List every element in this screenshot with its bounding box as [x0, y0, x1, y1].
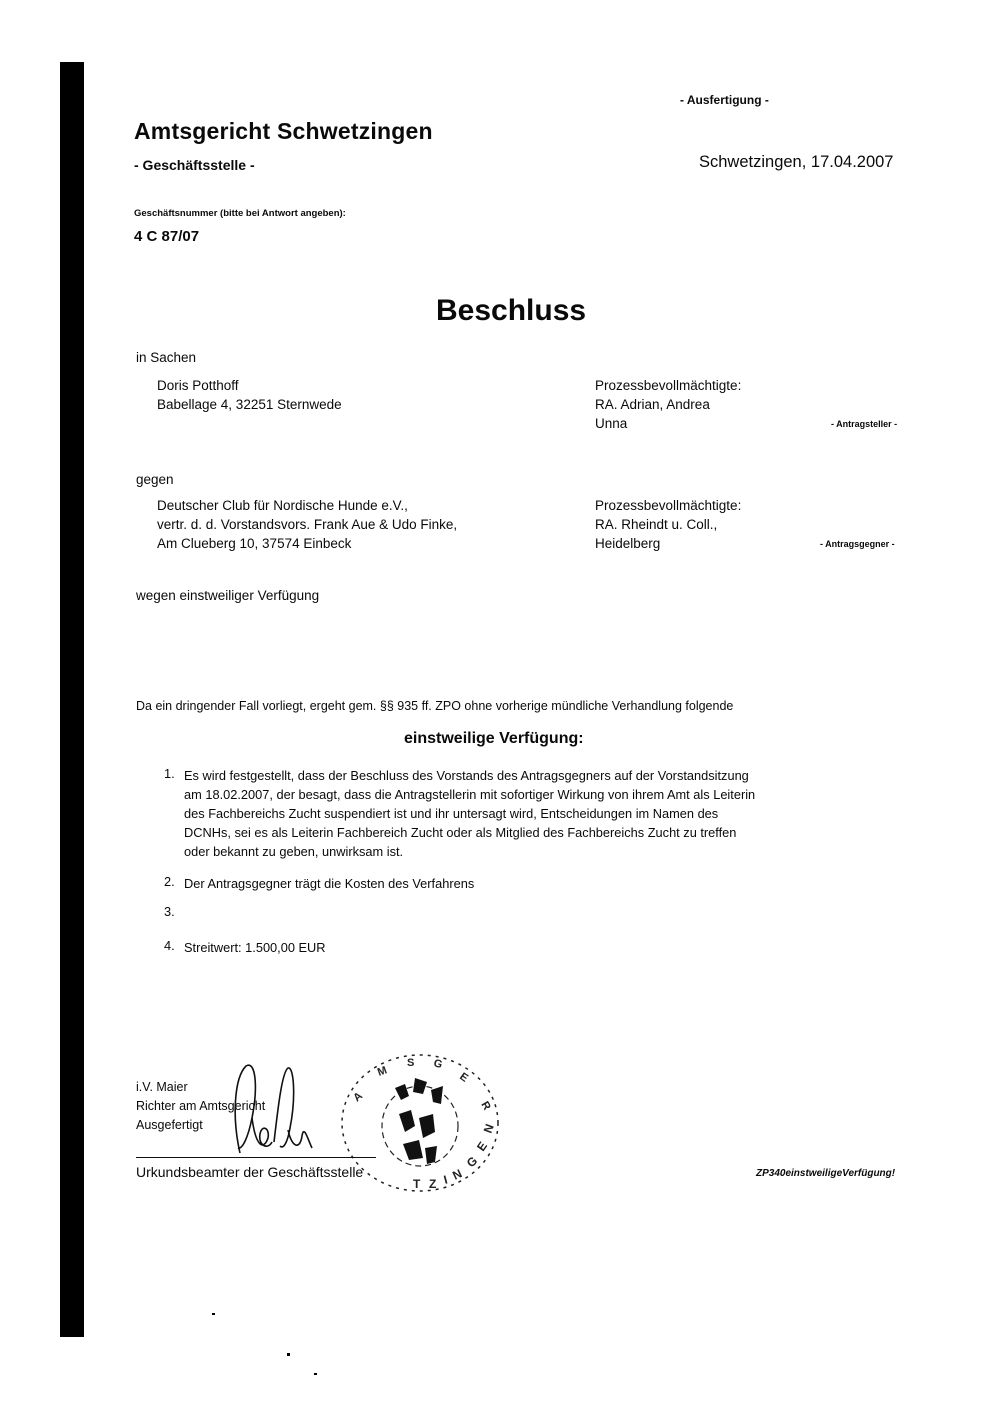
svg-text:M: M	[376, 1064, 389, 1078]
respondent-counsel-name: RA. Rheindt u. Coll.,	[595, 515, 741, 534]
applicant-counsel-city: Unna	[595, 414, 741, 433]
svg-text:S: S	[407, 1057, 414, 1069]
copy-mark: - Ausfertigung -	[680, 93, 769, 107]
case-subject: wegen einstweiliger Verfügung	[136, 588, 319, 603]
order-item-line: Es wird festgestellt, dass der Beschluss…	[184, 766, 755, 785]
svg-text:E: E	[474, 1139, 490, 1154]
order-item-number: 4.	[164, 938, 184, 957]
svg-text:R: R	[478, 1100, 492, 1113]
reference-label: Geschäftsnummer (bitte bei Antwort angeb…	[134, 208, 346, 219]
applicant-role: - Antragsteller -	[831, 419, 897, 429]
order-item-number: 3.	[164, 904, 184, 919]
applicant-block: Doris Potthoff Babellage 4, 32251 Sternw…	[157, 376, 342, 414]
order-item-line: Der Antragsgegner trägt die Kosten des V…	[184, 874, 474, 893]
respondent-name: Deutscher Club für Nordische Hunde e.V.,	[157, 496, 457, 515]
respondent-counsel-label: Prozessbevollmächtigte:	[595, 496, 741, 515]
svg-text:A: A	[351, 1090, 365, 1104]
svg-text:T: T	[413, 1177, 421, 1191]
document-title: Beschluss	[436, 294, 586, 328]
order-item: 2. Der Antragsgegner trägt die Kosten de…	[164, 874, 474, 893]
signature-line	[136, 1157, 376, 1158]
svg-text:N: N	[481, 1122, 497, 1135]
scan-speck	[212, 1313, 215, 1315]
respondent-representative: vertr. d. d. Vorstandsvors. Frank Aue & …	[157, 515, 457, 534]
place-date: Schwetzingen, 17.04.2007	[699, 153, 893, 172]
scan-speck	[287, 1353, 290, 1356]
order-item-line: des Fachbereichs Zucht suspendiert ist u…	[184, 804, 755, 823]
respondent-counsel-city: Heidelberg	[595, 534, 741, 553]
respondent-block: Deutscher Club für Nordische Hunde e.V.,…	[157, 496, 457, 553]
order-item-number: 1.	[164, 766, 184, 861]
svg-text:N: N	[450, 1166, 464, 1182]
order-item: 1. Es wird festgestellt, dass der Beschl…	[164, 766, 755, 861]
applicant-counsel-block: Prozessbevollmächtigte: RA. Adrian, Andr…	[595, 376, 741, 433]
court-name: Amtsgericht Schwetzingen	[134, 118, 433, 145]
order-heading: einstweilige Verfügung:	[404, 730, 584, 748]
respondent-counsel-block: Prozessbevollmächtigte: RA. Rheindt u. C…	[595, 496, 741, 553]
against-label: gegen	[136, 472, 174, 487]
applicant-address: Babellage 4, 32251 Sternwede	[157, 395, 342, 414]
scan-speck	[314, 1373, 317, 1375]
applicant-counsel-name: RA. Adrian, Andrea	[595, 395, 741, 414]
order-item: 3.	[164, 904, 184, 919]
applicant-counsel-label: Prozessbevollmächtigte:	[595, 376, 741, 395]
order-item-line: oder bekannt zu geben, unwirksam ist.	[184, 842, 755, 861]
respondent-address: Am Clueberg 10, 37574 Einbeck	[157, 534, 457, 553]
applicant-name: Doris Potthoff	[157, 376, 342, 395]
order-item: 4. Streitwert: 1.500,00 EUR	[164, 938, 326, 957]
order-item-number: 2.	[164, 874, 184, 893]
reference-number: 4 C 87/07	[134, 228, 199, 245]
svg-text:E: E	[457, 1071, 470, 1085]
court-office: - Geschäftsstelle -	[134, 157, 255, 173]
svg-text:G: G	[432, 1057, 443, 1071]
svg-text:I: I	[442, 1173, 449, 1187]
respondent-role: - Antragsgegner -	[820, 539, 895, 549]
handwritten-signature-icon	[212, 1058, 322, 1158]
in-matter-label: in Sachen	[136, 350, 196, 365]
order-intro: Da ein dringender Fall vorliegt, ergeht …	[136, 699, 733, 713]
scan-edge-bar	[60, 62, 84, 1337]
clerk-title: Urkundsbeamter der Geschäftsstelle	[136, 1164, 363, 1180]
form-code: ZP340einstweiligeVerfügung!	[756, 1168, 895, 1179]
svg-text:Z: Z	[429, 1177, 436, 1191]
order-item-line: am 18.02.2007, der besagt, dass die Antr…	[184, 785, 755, 804]
order-item-line: DCNHs, sei es als Leiterin Fachbereich Z…	[184, 823, 755, 842]
order-item-line: Streitwert: 1.500,00 EUR	[184, 938, 326, 957]
